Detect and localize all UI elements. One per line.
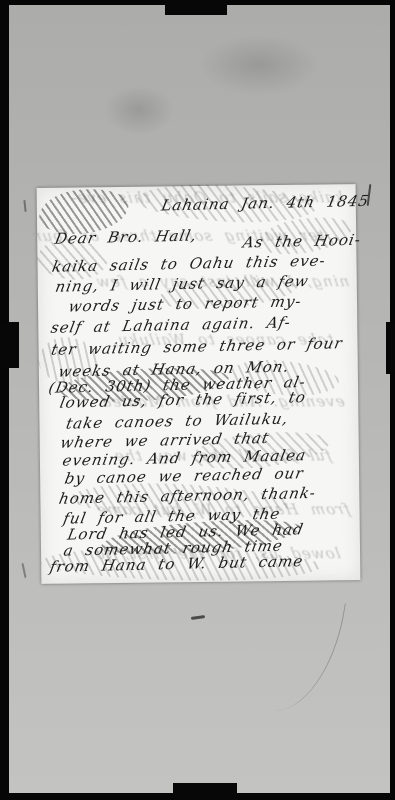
handwriting-line: self at Lahaina again. Af- bbox=[49, 313, 292, 336]
handwriting-line: words just to report my- bbox=[67, 292, 303, 315]
scanned-letter-frame: kaika sails to Oahu this eve- ter waitin… bbox=[0, 0, 395, 800]
film-smudge bbox=[199, 35, 319, 95]
film-notch-left bbox=[0, 322, 19, 368]
film-notch-top bbox=[165, 0, 227, 15]
film-notch-right bbox=[386, 322, 395, 374]
letter-salutation: Dear Bro. Hall, bbox=[53, 227, 198, 248]
handwriting-line: As the Hooi- bbox=[241, 231, 362, 252]
letter-page: kaika sails to Oahu this eve- ter waitin… bbox=[37, 184, 361, 584]
handwriting-line: ter waiting some three or four bbox=[50, 334, 345, 359]
letter-dateline: Lahaina Jan. 4th 1845 bbox=[160, 192, 371, 215]
film-notch-bottom bbox=[173, 783, 237, 800]
handwriting-layer: Lahaina Jan. 4th 1845 Dear Bro. Hall, As… bbox=[37, 184, 361, 584]
film-smudge bbox=[104, 85, 174, 135]
